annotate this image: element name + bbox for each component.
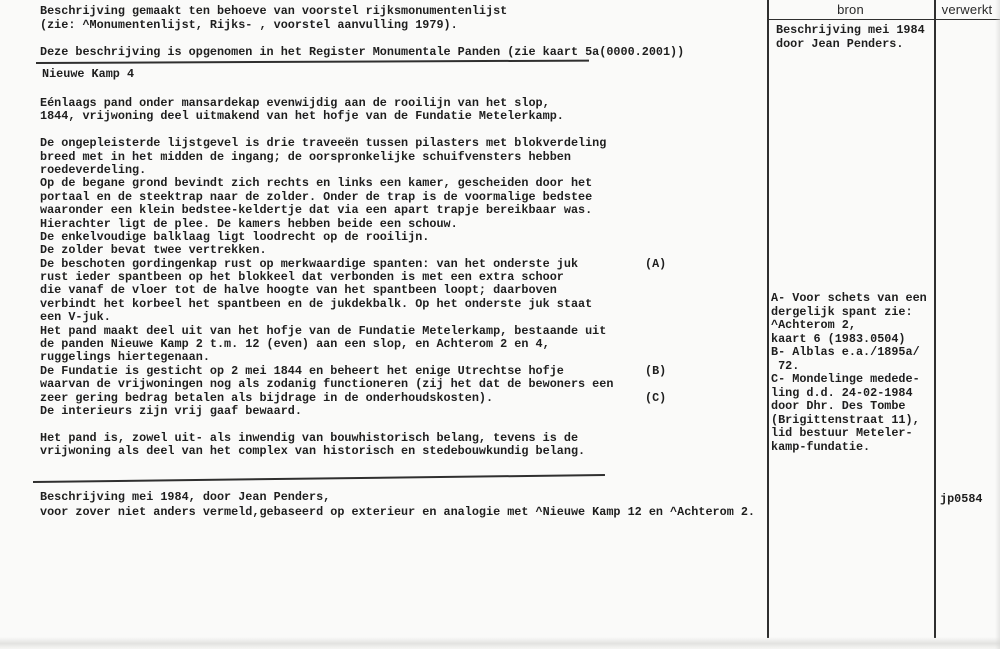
source-note-line: B- Alblas e.a./1895a/ — [771, 345, 927, 359]
body-line-text: waarvan de vrijwoningen nog als zodanig … — [40, 377, 613, 391]
source-entry-line: Beschrijving mei 1984 — [776, 23, 925, 37]
body-line: 1844, vrijwoning deel uitmakend van het … — [40, 109, 760, 122]
source-note-line: 72. — [771, 359, 927, 373]
column-header-rule — [767, 19, 1000, 21]
scan-edge-right — [995, 0, 1000, 649]
closing-divider-rule — [33, 474, 605, 483]
body-line: De interieurs zijn vrij gaaf bewaard. — [40, 404, 760, 417]
source-note-line: ^Achterom 2, — [771, 318, 927, 332]
body-line: Hierachter ligt de plee. De kamers hebbe… — [40, 217, 760, 230]
attribution-line: Beschrijving mei 1984, door Jean Penders… — [40, 490, 755, 505]
body-line-text: waaronder een klein bedstee-keldertje da… — [40, 203, 592, 217]
source-column-divider — [767, 0, 769, 638]
body-line: die vanaf de vloer tot de halve hoogte v… — [40, 283, 760, 296]
verwerkt-column-header: verwerkt — [934, 2, 1000, 17]
body-line-text: De enkelvoudige balklaag ligt loodrecht … — [40, 230, 429, 244]
body-line-text: die vanaf de vloer tot de halve hoogte v… — [40, 283, 557, 297]
source-note-line: ling d.d. 24-02-1984 — [771, 386, 927, 400]
body-line-text: roedeverdeling. — [40, 163, 146, 177]
body-line-text: De beschoten gordingenkap rust op merkwa… — [40, 257, 578, 271]
document-page: { "colors": { "paper": "#fafaf9", "ink":… — [0, 0, 1000, 649]
source-note-line: door Dhr. Des Tombe — [771, 399, 927, 413]
body-line: breed met in het midden de ingang; de oo… — [40, 150, 760, 163]
source-note-line: lid bestuur Meteler- — [771, 426, 927, 440]
body-line-text: Eénlaags pand onder mansardekap evenwijd… — [40, 96, 550, 110]
body-line-text: vrijwoning als deel van het complex van … — [40, 444, 585, 458]
body-line: Op de begane grond bevindt zich rechts e… — [40, 176, 760, 189]
source-note-line: dergelijk spant zie: — [771, 305, 927, 319]
description-body: Eénlaags pand onder mansardekap evenwijd… — [40, 96, 760, 458]
intro-line — [40, 31, 684, 45]
page-title: Nieuwe Kamp 4 — [42, 67, 134, 81]
body-line: De beschoten gordingenkap rust op merkwa… — [40, 257, 760, 270]
body-line-text: Het pand maakt deel uit van het hofje va… — [40, 324, 606, 338]
processed-code: jp0584 — [940, 492, 982, 506]
source-note-line: C- Mondelinge medede- — [771, 372, 927, 386]
body-line: De enkelvoudige balklaag ligt loodrecht … — [40, 230, 760, 243]
body-line: roedeverdeling. — [40, 163, 760, 176]
body-line: waaronder een klein bedstee-keldertje da… — [40, 203, 760, 216]
body-line: zeer gering bedrag betalen als bijdrage … — [40, 391, 760, 404]
body-line-text: de panden Nieuwe Kamp 2 t.m. 12 (even) a… — [40, 337, 550, 351]
scan-edge-bottom — [0, 637, 1000, 649]
body-line: portaal en de steektrap naar de zolder. … — [40, 190, 760, 203]
body-line: De ongepleisterde lijstgevel is drie tra… — [40, 136, 760, 149]
margin-marker: (A) — [645, 257, 666, 271]
body-line — [40, 417, 760, 430]
source-note-line: kaart 6 (1983.0504) — [771, 332, 927, 346]
source-entry: Beschrijving mei 1984door Jean Penders. — [776, 23, 925, 51]
body-line: ruggelings hiertegenaan. — [40, 350, 760, 363]
attribution-note: Beschrijving mei 1984, door Jean Penders… — [40, 490, 755, 519]
body-line-text: 1844, vrijwoning deel uitmakend van het … — [40, 109, 564, 123]
margin-marker: (C) — [645, 391, 666, 405]
source-note-line: A- Voor schets van een — [771, 291, 927, 305]
intro-line: Beschrijving gemaakt ten behoeve van voo… — [40, 4, 684, 18]
body-line: rust ieder spantbeen op het blokkeel dat… — [40, 270, 760, 283]
attribution-line: voor zover niet anders vermeld,gebaseerd… — [40, 505, 755, 520]
body-line-text: De zolder bevat twee vertrekken. — [40, 243, 267, 257]
source-entry-line: door Jean Penders. — [776, 37, 925, 51]
bron-column-header: bron — [767, 2, 934, 17]
body-line-text: rust ieder spantbeen op het blokkeel dat… — [40, 270, 564, 284]
body-line: Het pand maakt deel uit van het hofje va… — [40, 324, 760, 337]
source-notes: A- Voor schets van eendergelijk spant zi… — [771, 291, 927, 453]
margin-marker: (B) — [645, 364, 666, 378]
body-line: verbindt het korbeel het spantbeen en de… — [40, 297, 760, 310]
body-line: de panden Nieuwe Kamp 2 t.m. 12 (even) a… — [40, 337, 760, 350]
intro-line: Deze beschrijving is opgenomen in het Re… — [40, 45, 684, 59]
body-line-text: breed met in het midden de ingang; de oo… — [40, 150, 571, 164]
intro-divider-rule — [36, 60, 589, 64]
body-line-text: zeer gering bedrag betalen als bijdrage … — [40, 391, 493, 405]
body-line-text: Het pand is, zowel uit- als inwendig van… — [40, 431, 578, 445]
body-line: De zolder bevat twee vertrekken. — [40, 243, 760, 256]
source-note-line: (Brigittenstraat 11), — [771, 413, 927, 427]
body-line-text: Hierachter ligt de plee. De kamers hebbe… — [40, 217, 458, 231]
body-line: waarvan de vrijwoningen nog als zodanig … — [40, 377, 760, 390]
source-note-line: kamp-fundatie. — [771, 440, 927, 454]
body-line: vrijwoning als deel van het complex van … — [40, 444, 760, 457]
body-line-text: De ongepleisterde lijstgevel is drie tra… — [40, 136, 606, 150]
body-line-text: een V-juk. — [40, 310, 111, 324]
body-line-text: portaal en de steektrap naar de zolder. … — [40, 190, 592, 204]
body-line-text: De interieurs zijn vrij gaaf bewaard. — [40, 404, 302, 418]
body-line: Het pand is, zowel uit- als inwendig van… — [40, 431, 760, 444]
body-line: een V-juk. — [40, 310, 760, 323]
intro-line: (zie: ^Monumentenlijst, Rijks- , voorste… — [40, 18, 684, 32]
body-line — [40, 123, 760, 136]
body-line-text: De Fundatie is gesticht op 2 mei 1844 en… — [40, 364, 564, 378]
body-line-text: verbindt het korbeel het spantbeen en de… — [40, 297, 592, 311]
intro-note: Beschrijving gemaakt ten behoeve van voo… — [40, 4, 684, 58]
processed-column-divider — [934, 0, 936, 638]
body-line: De Fundatie is gesticht op 2 mei 1844 en… — [40, 364, 760, 377]
body-line-text: Op de begane grond bevindt zich rechts e… — [40, 176, 592, 190]
body-line: Eénlaags pand onder mansardekap evenwijd… — [40, 96, 760, 109]
body-line-text: ruggelings hiertegenaan. — [40, 350, 210, 364]
